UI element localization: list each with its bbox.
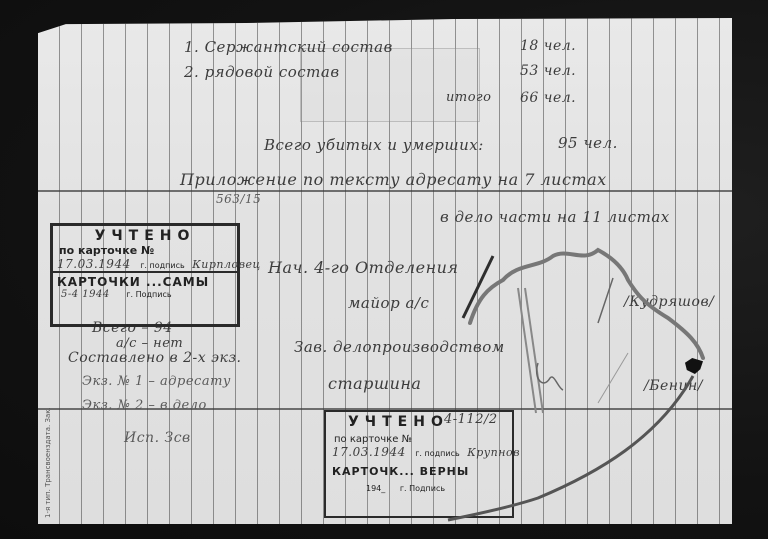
pencil-marks xyxy=(38,18,732,524)
document-page: 1. Сержантский состав 18 чел. 2. рядовой… xyxy=(38,18,732,524)
